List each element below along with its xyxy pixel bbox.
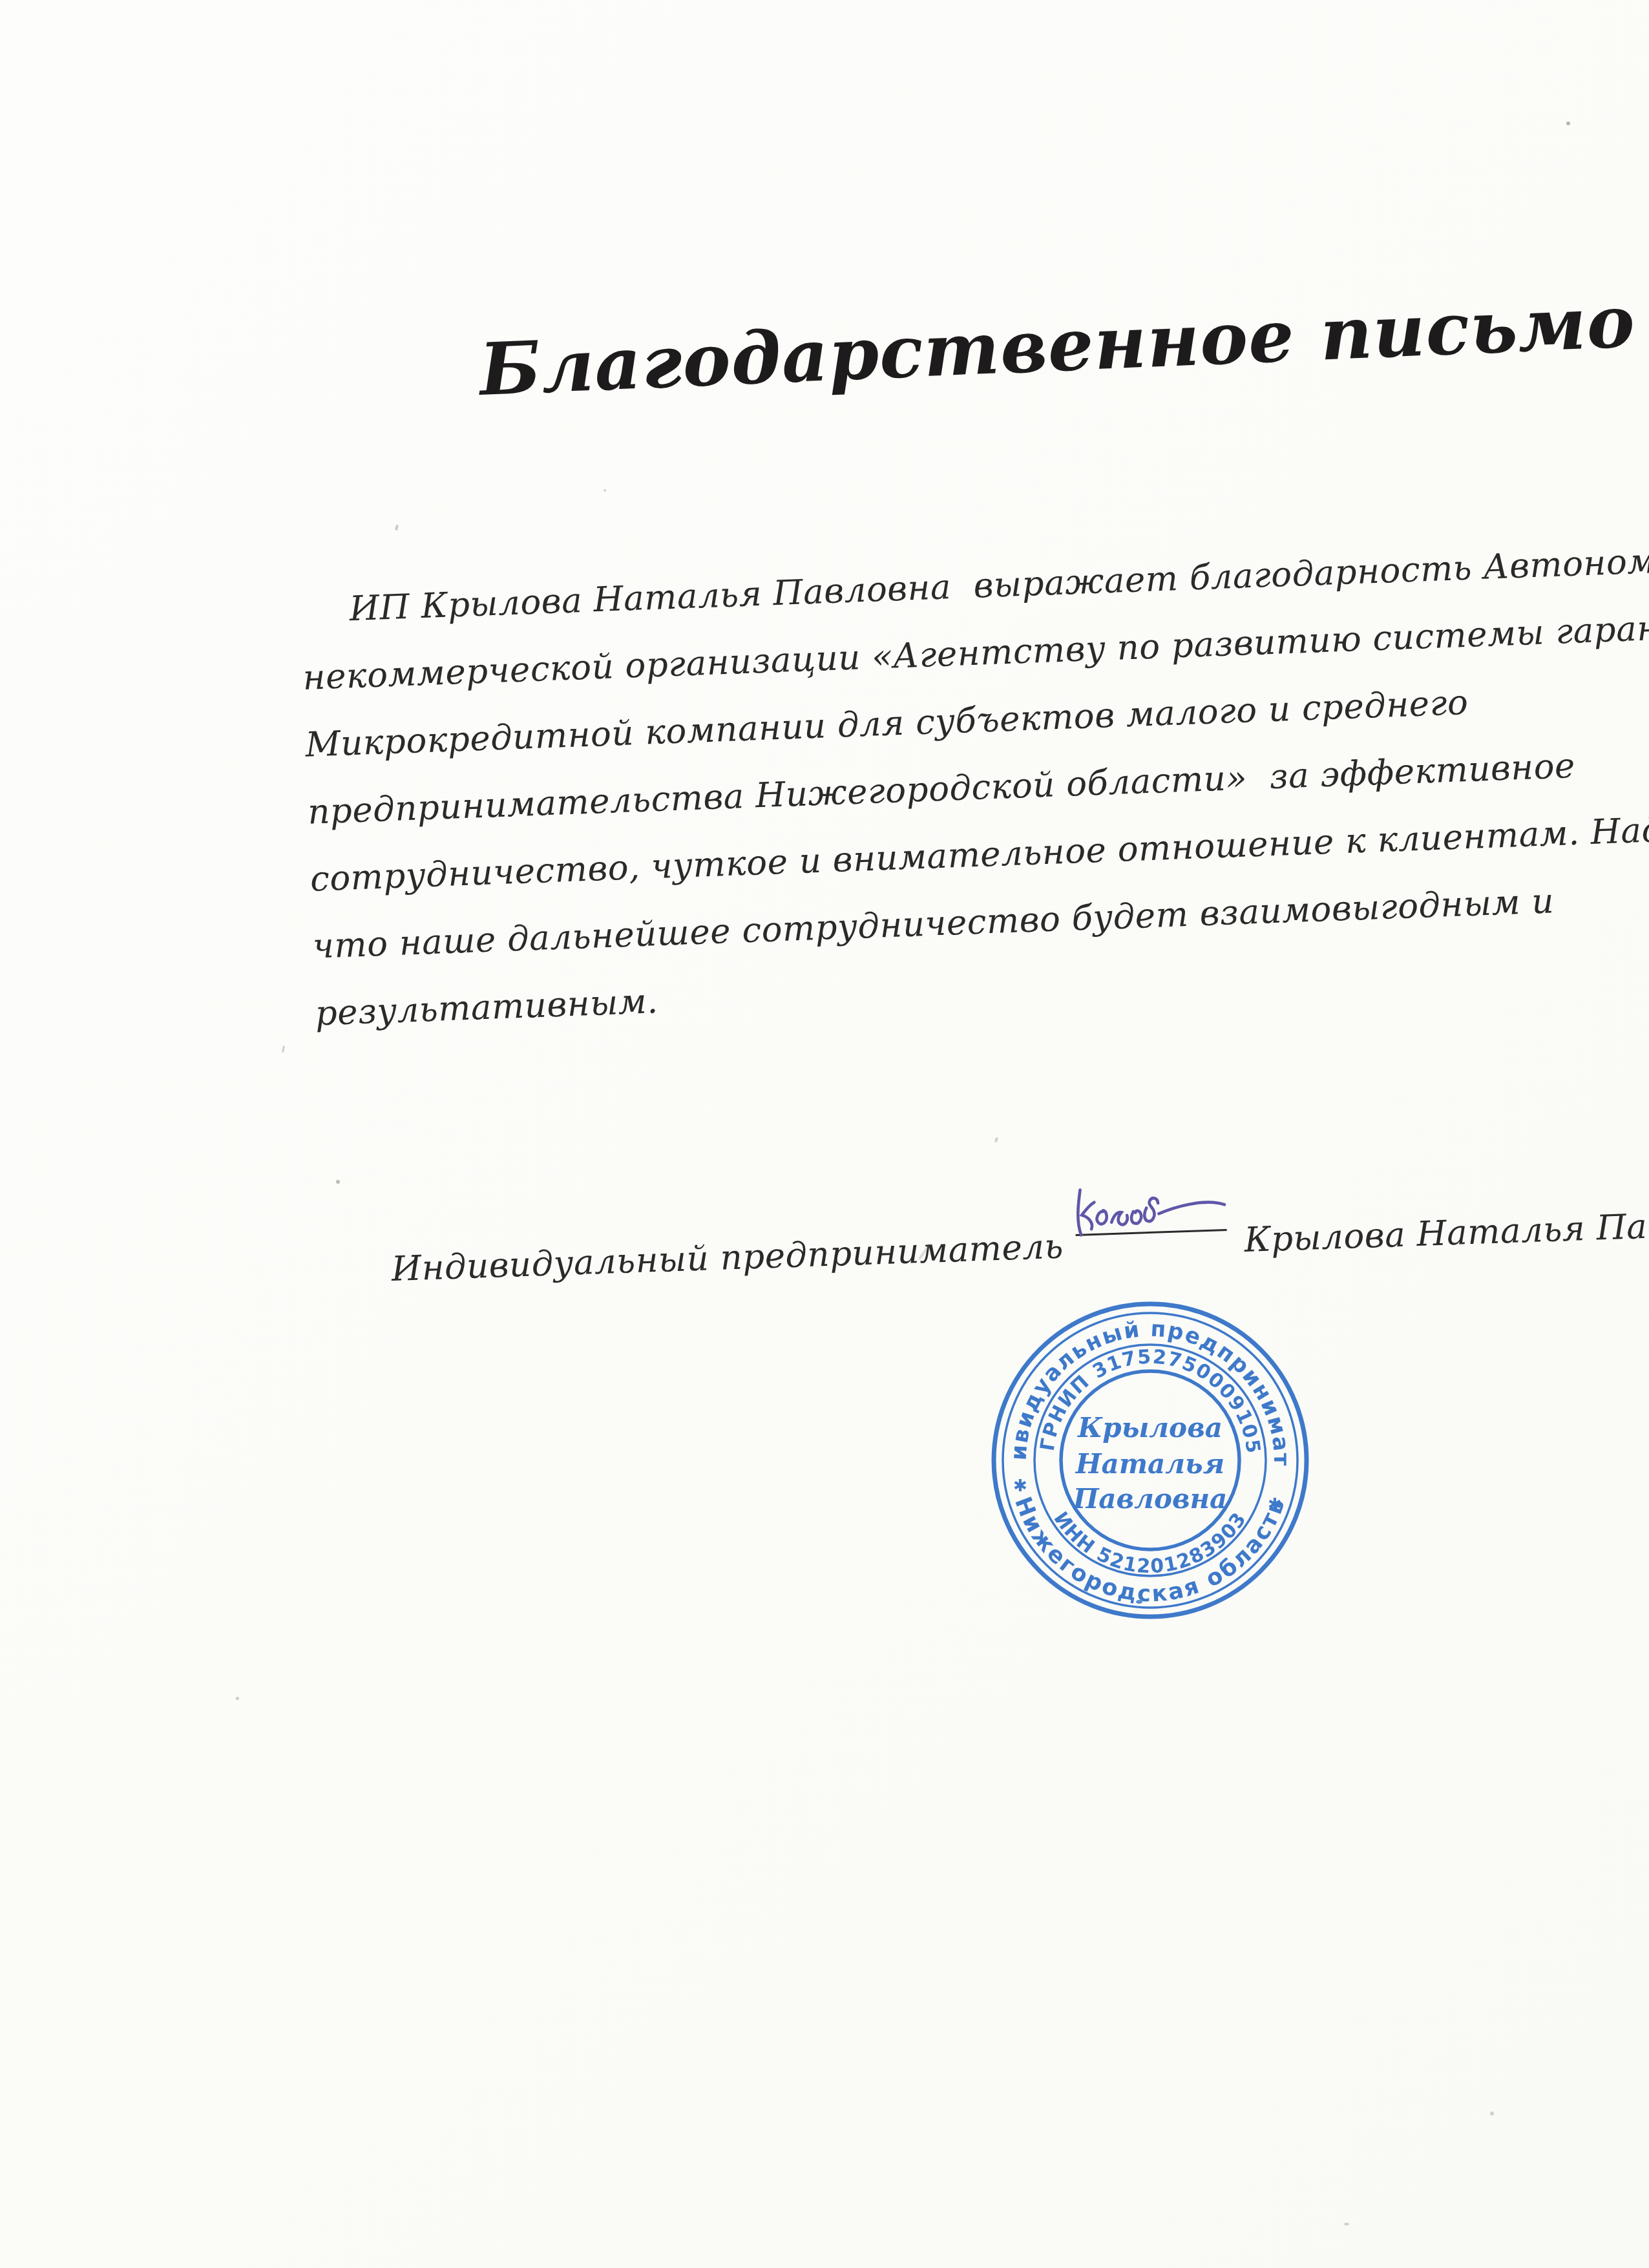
letter-body: ИП Крылова Наталья Павловна выражает бла… — [299, 530, 1608, 1048]
letter-title: Благодарственное письмо — [478, 286, 1637, 406]
scan-speck — [994, 1137, 998, 1143]
signature-row: Индивидуальный предприниматель Крылова Н… — [391, 1205, 1649, 1286]
signature-label: Индивидуальный предприниматель — [391, 1230, 1064, 1286]
scan-speck — [1566, 121, 1570, 125]
stamp-name-line: Крылова — [1077, 1412, 1223, 1444]
ink-blob — [1136, 1600, 1142, 1604]
signature-signee: Крылова Наталья Павловна — [1244, 1205, 1649, 1257]
round-stamp: Индивидуальный предприниматель Нижегород… — [989, 1299, 1312, 1622]
scan-speck — [395, 525, 399, 531]
scan-speck — [336, 1180, 340, 1184]
scan-speck — [1490, 2112, 1494, 2116]
signature-line — [1076, 1224, 1227, 1236]
scanned-letter-page: Благодарственное письмо ИП Крылова Натал… — [0, 0, 1649, 2268]
stamp-star-left: ✱ — [1013, 1476, 1027, 1496]
scan-speck — [282, 1045, 285, 1053]
stamp-star-right: ✱ — [1268, 1495, 1282, 1515]
handwritten-signature — [1070, 1179, 1234, 1237]
stamp-name-line: Наталья — [1075, 1448, 1224, 1480]
stamp-name-line: Павловна — [1073, 1483, 1228, 1515]
scan-speck — [1344, 2223, 1349, 2225]
scan-speck — [236, 1697, 239, 1700]
scan-speck — [604, 489, 606, 492]
